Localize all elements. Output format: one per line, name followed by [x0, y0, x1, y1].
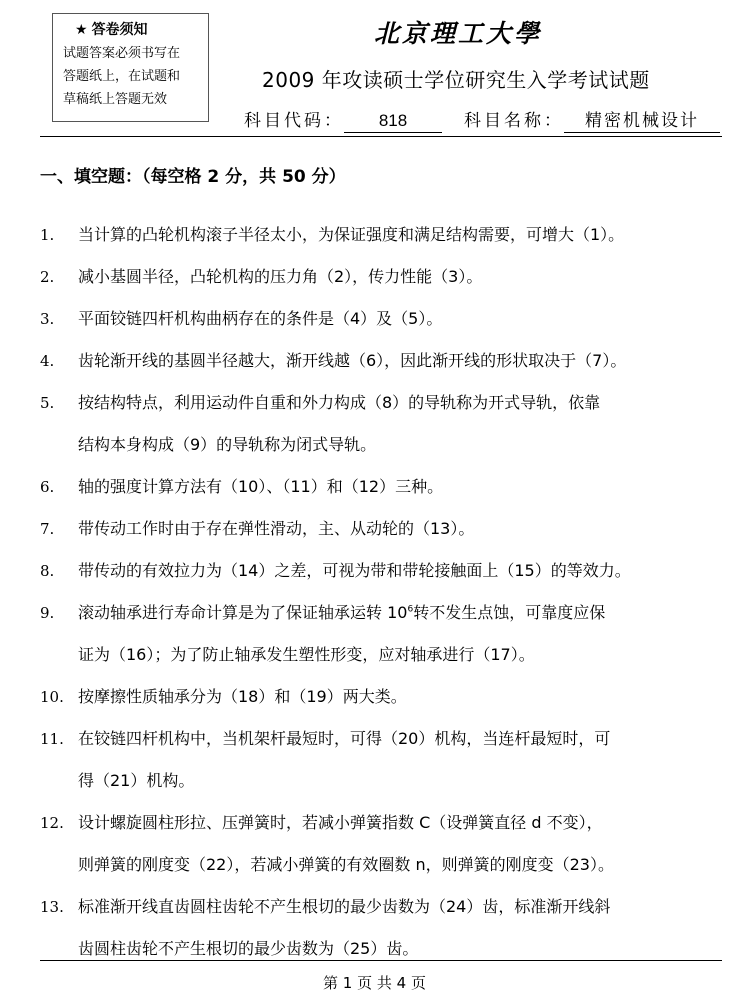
university-logo-text: 北京理工大學 [374, 14, 542, 50]
question-number: 5. [40, 382, 76, 424]
question-item: 2. 减小基圆半径，凸轮机构的压力角（2），传力性能（3）。 [40, 256, 740, 298]
question-item: 5. 按结构特点，利用运动件自重和外力构成（8）的导轨称为开式导轨，依靠 结构本… [40, 382, 740, 466]
question-item: 11. 在铰链四杆机构中，当机架杆最短时，可得（20）机构，当连杆最短时，可 得… [40, 718, 740, 802]
question-text-cont: 得（21）机构。 [78, 760, 740, 802]
question-text-cont: 齿圆柱齿轮不产生根切的最少齿数为（25）齿。 [78, 928, 740, 970]
question-number: 8. [40, 550, 76, 592]
question-text: 标准渐开线直齿圆柱齿轮不产生根切的最少齿数为（24）齿，标准渐开线斜 [78, 886, 740, 928]
question-number: 6. [40, 466, 76, 508]
notice-line: 答题纸上，在试题和 [63, 65, 208, 88]
question-number: 2. [40, 256, 76, 298]
page-number: 第 1 页 共 4 页 [0, 972, 749, 993]
question-text: 按结构特点，利用运动件自重和外力构成（8）的导轨称为开式导轨，依靠 [78, 382, 740, 424]
footer-divider [40, 960, 722, 961]
question-number: 3. [40, 298, 76, 340]
question-text: 轴的强度计算方法有（10）、（11）和（12）三种。 [78, 466, 740, 508]
question-text: 在铰链四杆机构中，当机架杆最短时，可得（20）机构，当连杆最短时，可 [78, 718, 740, 760]
question-number: 7. [40, 508, 76, 550]
question-item: 7. 带传动工作时由于存在弹性滑动，主、从动轮的（13）。 [40, 508, 740, 550]
notice-line: 试题答案必须书写在 [63, 42, 208, 65]
question-item: 1. 当计算的凸轮机构滚子半径太小，为保证强度和满足结构需要，可增大（1）。 [40, 214, 740, 256]
question-item: 4. 齿轮渐开线的基圆半径越大，渐开线越（6），因此渐开线的形状取决于（7）。 [40, 340, 740, 382]
subject-code-label: 科目代码： [244, 106, 344, 131]
question-text: 当计算的凸轮机构滚子半径太小，为保证强度和满足结构需要，可增大（1）。 [78, 214, 740, 256]
question-text: 平面铰链四杆机构曲柄存在的条件是（4）及（5）。 [78, 298, 740, 340]
question-item: 8. 带传动的有效拉力为（14）之差，可视为带和带轮接触面上（15）的等效力。 [40, 550, 740, 592]
question-text: 齿轮渐开线的基圆半径越大，渐开线越（6），因此渐开线的形状取决于（7）。 [78, 340, 740, 382]
question-number: 13. [40, 886, 76, 928]
question-text: 设计螺旋圆柱形拉、压弹簧时，若减小弹簧指数 C（设弹簧直径 d 不变）， [78, 802, 740, 844]
notice-title: ★答卷须知 [75, 22, 208, 38]
question-text-cont: 结构本身构成（9）的导轨称为闭式导轨。 [78, 424, 740, 466]
question-text: 减小基圆半径，凸轮机构的压力角（2），传力性能（3）。 [78, 256, 740, 298]
question-number: 12. [40, 802, 76, 844]
subject-code-value: 818 [344, 111, 442, 133]
question-text: 带传动工作时由于存在弹性滑动，主、从动轮的（13）。 [78, 508, 740, 550]
question-text: 滚动轴承进行寿命计算是为了保证轴承运转 106转不发生点蚀，可靠度应保 [78, 592, 740, 634]
question-text: 带传动的有效拉力为（14）之差，可视为带和带轮接触面上（15）的等效力。 [78, 550, 740, 592]
notice-line: 草稿纸上答题无效 [63, 88, 208, 111]
question-item: 3. 平面铰链四杆机构曲柄存在的条件是（4）及（5）。 [40, 298, 740, 340]
question-item: 12. 设计螺旋圆柱形拉、压弹簧时，若减小弹簧指数 C（设弹簧直径 d 不变），… [40, 802, 740, 886]
exam-notice-box: ★答卷须知 试题答案必须书写在 答题纸上，在试题和 草稿纸上答题无效 [52, 13, 209, 122]
question-item: 10. 按摩擦性质轴承分为（18）和（19）两大类。 [40, 676, 740, 718]
subject-name-label: 科目名称： [464, 106, 564, 131]
question-item: 13. 标准渐开线直齿圆柱齿轮不产生根切的最少齿数为（24）齿，标准渐开线斜 齿… [40, 886, 740, 970]
question-text-cont: 则弹簧的刚度变（22），若减小弹簧的有效圈数 n，则弹簧的刚度变（23）。 [78, 844, 740, 886]
notice-title-text: 答卷须知 [92, 22, 148, 38]
question-item: 6. 轴的强度计算方法有（10）、（11）和（12）三种。 [40, 466, 740, 508]
question-text: 按摩擦性质轴承分为（18）和（19）两大类。 [78, 676, 740, 718]
header-divider [40, 136, 722, 137]
subject-name-value: 精密机械设计 [564, 111, 720, 133]
question-number: 11. [40, 718, 76, 760]
question-item: 9. 滚动轴承进行寿命计算是为了保证轴承运转 106转不发生点蚀，可靠度应保 证… [40, 592, 740, 676]
question-list: 1. 当计算的凸轮机构滚子半径太小，为保证强度和满足结构需要，可增大（1）。 2… [40, 214, 740, 970]
question-number: 4. [40, 340, 76, 382]
question-number: 9. [40, 592, 76, 634]
star-icon: ★ [75, 22, 88, 38]
subject-info-row: 科目代码： 818 科目名称： 精密机械设计 [244, 106, 720, 133]
question-number: 1. [40, 214, 76, 256]
section-title: 一、填空题：（每空格 2 分，共 50 分） [40, 162, 346, 187]
exam-title: 2009 年攻读硕士学位研究生入学考试试题 [262, 64, 650, 93]
question-text-cont: 证为（16）；为了防止轴承发生塑性形变，应对轴承进行（17）。 [78, 634, 740, 676]
question-number: 10. [40, 676, 76, 718]
